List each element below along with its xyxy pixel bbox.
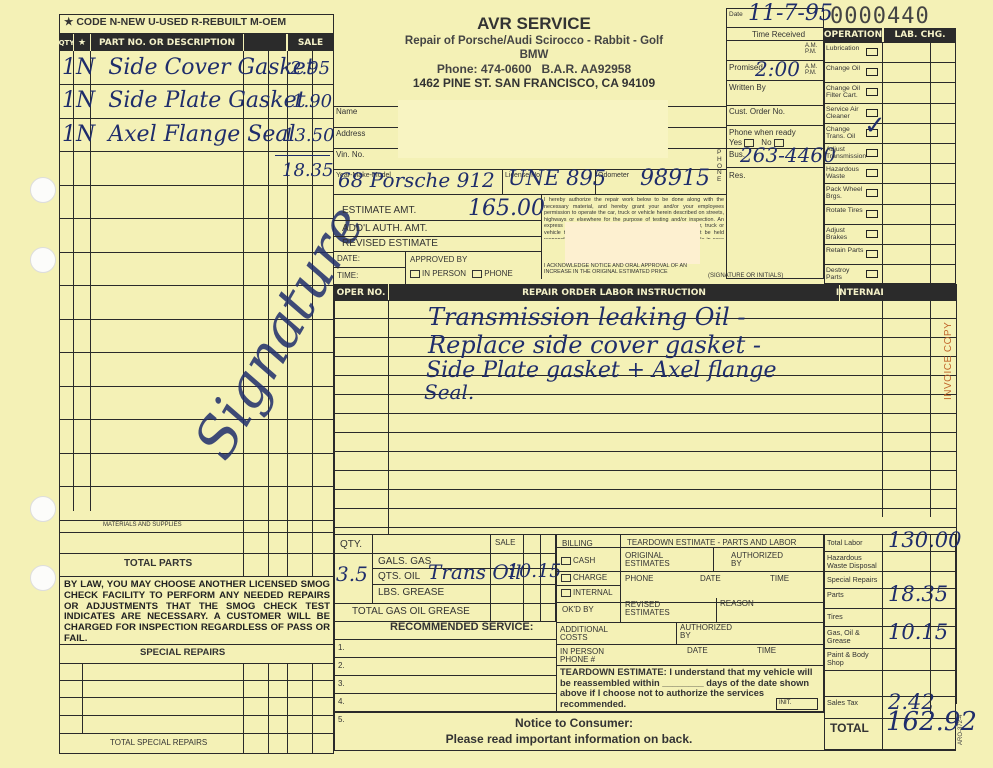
recommended-service-item: 4.	[338, 698, 345, 706]
billing-internal: INTERNAL	[559, 589, 613, 598]
okd-by-label: OK'D BY	[562, 606, 594, 614]
estimate-amt-label: ESTIMATE AMT.	[342, 205, 416, 216]
operation-item: Change Oil Filter Cart.	[826, 85, 866, 99]
billing-cash: CASH	[559, 557, 595, 566]
billing-charge: CHARGE	[559, 574, 607, 583]
bus-phone-value: 263-4460	[740, 143, 836, 167]
totals-row-label: Sales Tax	[827, 699, 881, 707]
labor-line-2: Replace side cover gasket -	[428, 331, 761, 359]
lab-chg-header: LAB. CHG.	[884, 28, 956, 42]
time-label-3: TIME	[757, 647, 776, 655]
lab-chg-header-2	[883, 284, 956, 301]
repair-order-invoice: ★ CODE N-NEW U-USED R-REBUILT M-OEM QTY …	[0, 0, 993, 768]
redacted-signature	[565, 222, 700, 264]
part-sale-2: 1.90	[292, 91, 332, 112]
operation-item: Lubrication	[826, 45, 866, 52]
charge-checkbox[interactable]	[561, 574, 571, 582]
written-by-label: Written By	[729, 84, 766, 92]
addl-auth-label: ADD'L AUTH. AMT.	[342, 223, 427, 234]
company-name: AVR SERVICE	[334, 14, 734, 34]
recommended-service-item: 2.	[338, 662, 345, 670]
code-legend: ★ CODE N-NEW U-USED R-REBUILT M-OEM	[64, 16, 286, 28]
operation-checkbox[interactable]	[866, 270, 878, 278]
in-person-phone-label: IN PERSON PHONE #	[560, 648, 630, 665]
totals-row-label: Tires	[827, 613, 881, 621]
gas-label: GALS. GAS	[378, 556, 431, 567]
cash-checkbox[interactable]	[561, 557, 571, 565]
invoice-number: 0000440	[830, 4, 930, 29]
form-code: ARO-372-4	[958, 715, 964, 745]
part-row-3: 1N Axel Flange Seal	[62, 122, 296, 147]
sale-label: SALE	[495, 539, 515, 547]
acknowledgement-text: I ACKNOWLEDGE NOTICE AND ORAL APPROVAL O…	[544, 263, 714, 277]
phone-label: PHONE	[625, 575, 653, 583]
totals-row-label: Total Labor	[827, 539, 881, 547]
operation-item: Service Air Cleaner	[826, 106, 866, 120]
col-blank-header	[244, 34, 286, 51]
notice-line-1: Notice to Consumer:	[334, 716, 814, 730]
authorized-by-label-2: AUTHORIZED BY	[680, 624, 735, 641]
oil-qty-value: 3.5	[336, 562, 368, 586]
total-special-repairs-label: TOTAL SPECIAL REPAIRS	[110, 739, 207, 747]
punch-hole	[30, 565, 56, 591]
part-sale-1: 2.95	[290, 58, 330, 79]
operation-checkbox[interactable]	[866, 250, 878, 258]
operation-checkbox[interactable]	[866, 149, 878, 157]
promised-value: 2:00	[755, 57, 800, 81]
estimate-amt-value: 165.00	[468, 196, 545, 221]
operation-checkbox[interactable]	[866, 68, 878, 76]
parts-subtotal: 18.35	[282, 160, 334, 181]
oil-sale-value: 10.15	[507, 560, 561, 582]
revised-estimate-label: REVISED ESTIMATE	[342, 238, 438, 249]
part-row-2: 1N Side Plate Gasket	[62, 88, 305, 113]
recommended-service-item: 1.	[338, 644, 345, 652]
original-estimates-label: ORIGINAL ESTIMATES	[625, 552, 685, 569]
company-tagline: Repair of Porsche/Audi Scirocco - Rabbit…	[334, 35, 734, 47]
date-value: 11-7-95	[748, 1, 833, 26]
date-field-label: Date	[729, 12, 743, 19]
license-value: UNE 895	[508, 166, 606, 190]
date-label-2: DATE	[700, 575, 721, 583]
phone-vertical-label: PHONE	[717, 150, 725, 184]
totals-row-label: Gas, Oil & Grease	[827, 629, 881, 644]
notice-line-2: Please read important information on bac…	[334, 732, 804, 746]
punch-hole	[30, 247, 56, 273]
am-pm-2: A.M. P.M.	[805, 64, 821, 77]
operation-item: Pack Wheel Brgs.	[826, 186, 866, 200]
totals-row-value: 10.15	[888, 620, 948, 644]
operation-item: Hazardous Waste	[826, 166, 866, 180]
approved-by-label: APPROVED BY	[410, 256, 467, 264]
labor-line-3: Side Plate gasket + Axel flange	[426, 358, 777, 383]
part-row-1: 1N Side Cover Gasket	[62, 55, 315, 80]
totals-row-label: Parts	[827, 591, 881, 599]
col-sale-header: SALE	[288, 34, 333, 51]
vin-label: Vin. No.	[336, 151, 364, 159]
totals-row-label: Paint & Body Shop	[827, 651, 881, 666]
company-address: 1462 PINE ST. SAN FRANCISCO, CA 94109	[334, 76, 734, 90]
operation-item: Adjust Transmission	[826, 146, 866, 160]
grease-label: LBS. GREASE	[378, 587, 444, 598]
operation-checkbox[interactable]	[866, 169, 878, 177]
phone-ready-label: Phone when ready	[729, 129, 796, 137]
time-label-2: TIME	[770, 575, 789, 583]
reason-label: REASON	[720, 600, 754, 608]
operation-item: Rotate Tires	[826, 207, 866, 214]
totals-row-label: Special Repairs	[827, 576, 881, 584]
operation-checkbox[interactable]	[866, 230, 878, 238]
punch-hole	[30, 177, 56, 203]
oper-no-header: OPER NO.	[334, 284, 388, 301]
approval-method: IN PERSON PHONE	[408, 270, 513, 279]
internal-header: INTERNAL	[840, 284, 882, 301]
time-received-label: Time Received	[752, 31, 805, 39]
recommended-service-item: 3.	[338, 680, 345, 688]
init-box[interactable]: INIT.	[776, 698, 818, 710]
invoice-copy-label: INVOICE COPY	[943, 322, 954, 400]
operation-item: Change Oil	[826, 65, 866, 72]
operation-header: OPERATION	[824, 28, 882, 42]
totals-row-value: 130.00	[888, 528, 961, 552]
labor-instruction-header: REPAIR ORDER LABOR INSTRUCTION	[389, 284, 839, 301]
operation-item: Change Trans. Oil	[826, 126, 866, 140]
in-person-checkbox[interactable]	[410, 270, 420, 278]
operation-item: Destroy Parts	[826, 267, 866, 281]
redacted-customer-info	[398, 100, 668, 158]
totals-row-label: Hazardous Waste Disposal	[827, 554, 881, 569]
qty-label: QTY.	[340, 539, 362, 550]
recommended-service-title: RECOMMENDED SERVICE:	[390, 621, 533, 633]
revised-estimates-label: REVISED ESTIMATES	[625, 601, 675, 618]
total-gas-oil-grease-label: TOTAL GAS OIL GREASE	[352, 606, 470, 617]
oil-label: QTS. OIL	[378, 571, 420, 582]
internal-checkbox[interactable]	[561, 589, 571, 597]
time-label: TIME:	[337, 272, 358, 280]
operation-checkbox[interactable]	[866, 48, 878, 56]
total-label: TOTAL	[830, 721, 869, 735]
labor-line-4: Seal.	[424, 380, 474, 404]
special-repairs-title: SPECIAL REPAIRS	[140, 647, 225, 658]
labor-line-1: Transmission leaking Oil -	[428, 303, 745, 331]
authorized-by-label: AUTHORIZED BY	[731, 552, 791, 569]
operation-item: Adjust Brakes	[826, 227, 866, 241]
col-code-header: ★	[74, 34, 90, 51]
address-label: Address	[336, 130, 365, 138]
company-phone: Phone: 474-0600 B.A.R. AA92958	[334, 62, 734, 76]
materials-label: MATERIALS AND SUPPLIES	[103, 522, 182, 528]
additional-costs-label: ADDITIONAL COSTS	[560, 626, 615, 643]
check-mark-icon: ✓	[864, 111, 886, 141]
operation-checkbox[interactable]	[866, 189, 878, 197]
col-qty-header: QTY	[60, 34, 73, 51]
total-parts-label: TOTAL PARTS	[124, 558, 192, 569]
totals-row-value: 18.35	[888, 582, 948, 606]
res-label: Res.	[729, 172, 745, 180]
odometer-value: 98915	[640, 166, 710, 191]
cust-order-label: Cust. Order No.	[729, 108, 785, 116]
name-label: Name	[336, 108, 357, 116]
phone-checkbox[interactable]	[472, 270, 482, 278]
company-tagline-2: BMW	[334, 49, 734, 61]
punch-hole	[30, 496, 56, 522]
col-desc-header: PART NO. OR DESCRIPTION	[91, 34, 243, 51]
operation-item: Retain Parts	[826, 247, 866, 254]
operation-checkbox[interactable]	[866, 88, 878, 96]
smog-notice: BY LAW, YOU MAY CHOOSE ANOTHER LICENSED …	[64, 580, 330, 645]
ymm-value: 68 Porsche 912	[338, 168, 495, 192]
date-label-3: DATE	[687, 647, 708, 655]
operation-checkbox[interactable]	[866, 210, 878, 218]
am-pm-1: A.M. P.M.	[805, 43, 821, 56]
date-label: DATE:	[337, 255, 360, 263]
part-sale-3: 13.50	[283, 125, 335, 146]
